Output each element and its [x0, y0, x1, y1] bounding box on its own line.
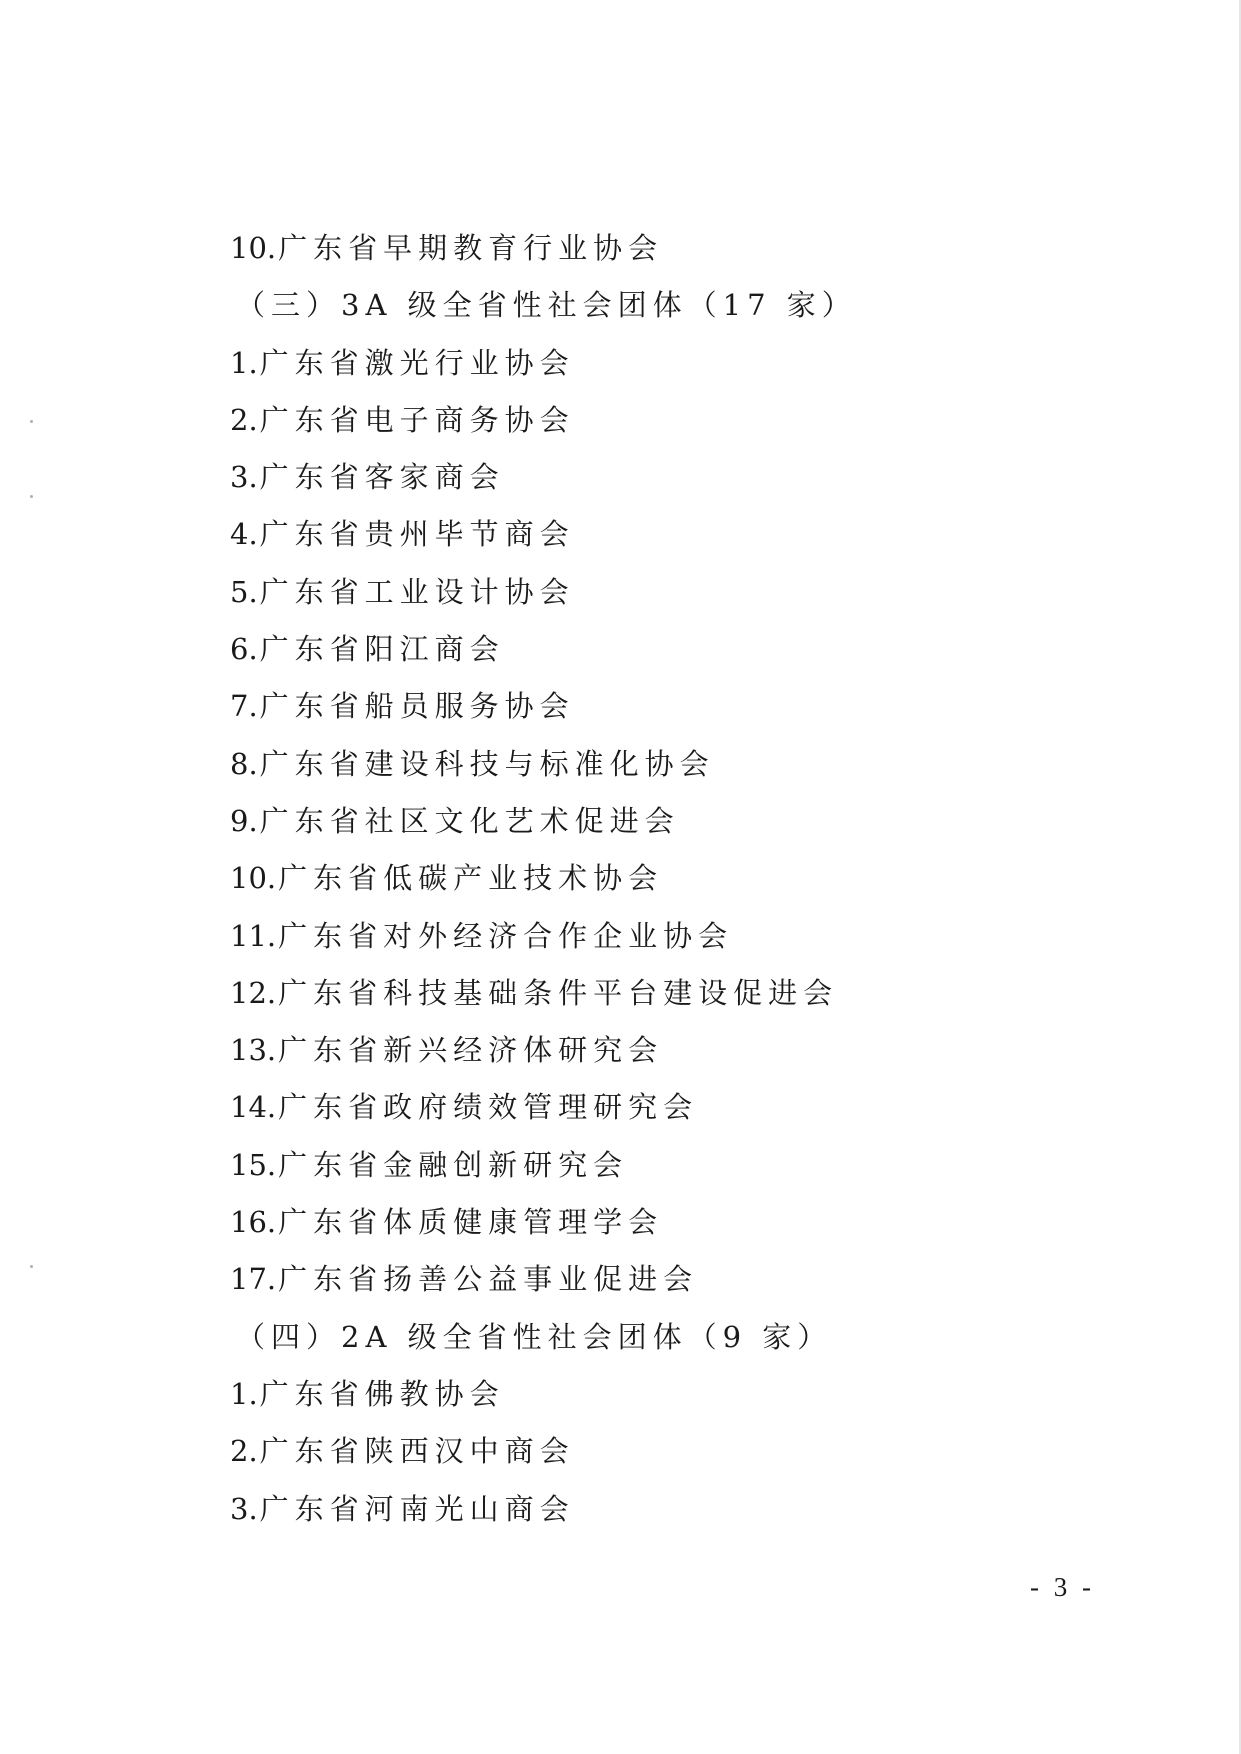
- list-content: 10.广东省早期教育行业协会 （三）3A 级全省性社会团体（17 家） 1.广东…: [230, 220, 1130, 1538]
- item-text: 广东省早期教育行业协会: [278, 231, 663, 265]
- item-text: 广东省政府绩效管理研究会: [278, 1090, 698, 1124]
- scan-speck: [30, 495, 33, 498]
- item-text: 广东省客家商会: [260, 460, 505, 494]
- list-item: 11.广东省对外经济合作企业协会: [230, 908, 1130, 965]
- list-item: 2.广东省电子商务协会: [230, 392, 1130, 449]
- item-text: 广东省社区文化艺术促进会: [260, 804, 680, 838]
- item-text: 广东省船员服务协会: [260, 689, 575, 723]
- item-number: 2.: [230, 403, 258, 437]
- list-item: 8.广东省建设科技与标准化协会: [230, 736, 1130, 793]
- list-item: 13.广东省新兴经济体研究会: [230, 1022, 1130, 1079]
- list-item: 10.广东省低碳产业技术协会: [230, 850, 1130, 907]
- list-item: 15.广东省金融创新研究会: [230, 1137, 1130, 1194]
- page-number: - 3 -: [1030, 1572, 1095, 1603]
- item-number: 1.: [230, 1377, 258, 1411]
- item-number: 17.: [230, 1262, 276, 1296]
- list-item: 1.广东省佛教协会: [230, 1366, 1130, 1423]
- list-item: 4.广东省贵州毕节商会: [230, 506, 1130, 563]
- item-text: 广东省电子商务协会: [260, 403, 575, 437]
- list-item: 2.广东省陕西汉中商会: [230, 1423, 1130, 1480]
- list-item: 16.广东省体质健康管理学会: [230, 1194, 1130, 1251]
- list-item: 12.广东省科技基础条件平台建设促进会: [230, 965, 1130, 1022]
- item-number: 16.: [230, 1205, 276, 1239]
- item-number: 8.: [230, 747, 258, 781]
- document-page: 10.广东省早期教育行业协会 （三）3A 级全省性社会团体（17 家） 1.广东…: [0, 0, 1241, 1754]
- list-item: 3.广东省客家商会: [230, 449, 1130, 506]
- item-number: 13.: [230, 1033, 276, 1067]
- item-text: 广东省低碳产业技术协会: [278, 861, 663, 895]
- list-item: 17.广东省扬善公益事业促进会: [230, 1251, 1130, 1308]
- item-number: 10.: [230, 861, 276, 895]
- item-number: 3.: [230, 460, 258, 494]
- list-item: 9.广东省社区文化艺术促进会: [230, 793, 1130, 850]
- item-number: 4.: [230, 517, 258, 551]
- item-text: 广东省科技基础条件平台建设促进会: [278, 976, 838, 1010]
- list-item: 3.广东省河南光山商会: [230, 1481, 1130, 1538]
- item-number: 3.: [230, 1492, 258, 1526]
- section-heading-3a: （三）3A 级全省性社会团体（17 家）: [230, 277, 1130, 334]
- item-number: 9.: [230, 804, 258, 838]
- item-text: 广东省贵州毕节商会: [260, 517, 575, 551]
- item-text: 广东省阳江商会: [260, 632, 505, 666]
- item-number: 10.: [230, 231, 276, 265]
- item-number: 7.: [230, 689, 258, 723]
- scan-speck: [30, 1265, 33, 1268]
- scan-speck: [30, 420, 33, 423]
- item-text: 广东省金融创新研究会: [278, 1148, 628, 1182]
- item-text: 广东省佛教协会: [260, 1377, 505, 1411]
- list-item: 1.广东省激光行业协会: [230, 335, 1130, 392]
- item-text: 广东省建设科技与标准化协会: [260, 747, 715, 781]
- item-text: 广东省新兴经济体研究会: [278, 1033, 663, 1067]
- item-text: 广东省河南光山商会: [260, 1492, 575, 1526]
- item-number: 14.: [230, 1090, 276, 1124]
- item-number: 5.: [230, 575, 258, 609]
- item-number: 12.: [230, 976, 276, 1010]
- item-text: 广东省激光行业协会: [260, 346, 575, 380]
- list-item: 10.广东省早期教育行业协会: [230, 220, 1130, 277]
- item-text: 广东省工业设计协会: [260, 575, 575, 609]
- list-item: 5.广东省工业设计协会: [230, 564, 1130, 621]
- section-heading-2a: （四）2A 级全省性社会团体（9 家）: [230, 1309, 1130, 1366]
- item-number: 15.: [230, 1148, 276, 1182]
- item-text: 广东省对外经济合作企业协会: [278, 919, 733, 953]
- list-item: 6.广东省阳江商会: [230, 621, 1130, 678]
- item-number: 1.: [230, 346, 258, 380]
- item-number: 6.: [230, 632, 258, 666]
- item-text: 广东省体质健康管理学会: [278, 1205, 663, 1239]
- list-item: 14.广东省政府绩效管理研究会: [230, 1079, 1130, 1136]
- item-text: 广东省扬善公益事业促进会: [278, 1262, 698, 1296]
- item-text: 广东省陕西汉中商会: [260, 1434, 575, 1468]
- item-number: 11.: [230, 919, 276, 953]
- list-item: 7.广东省船员服务协会: [230, 678, 1130, 735]
- item-number: 2.: [230, 1434, 258, 1468]
